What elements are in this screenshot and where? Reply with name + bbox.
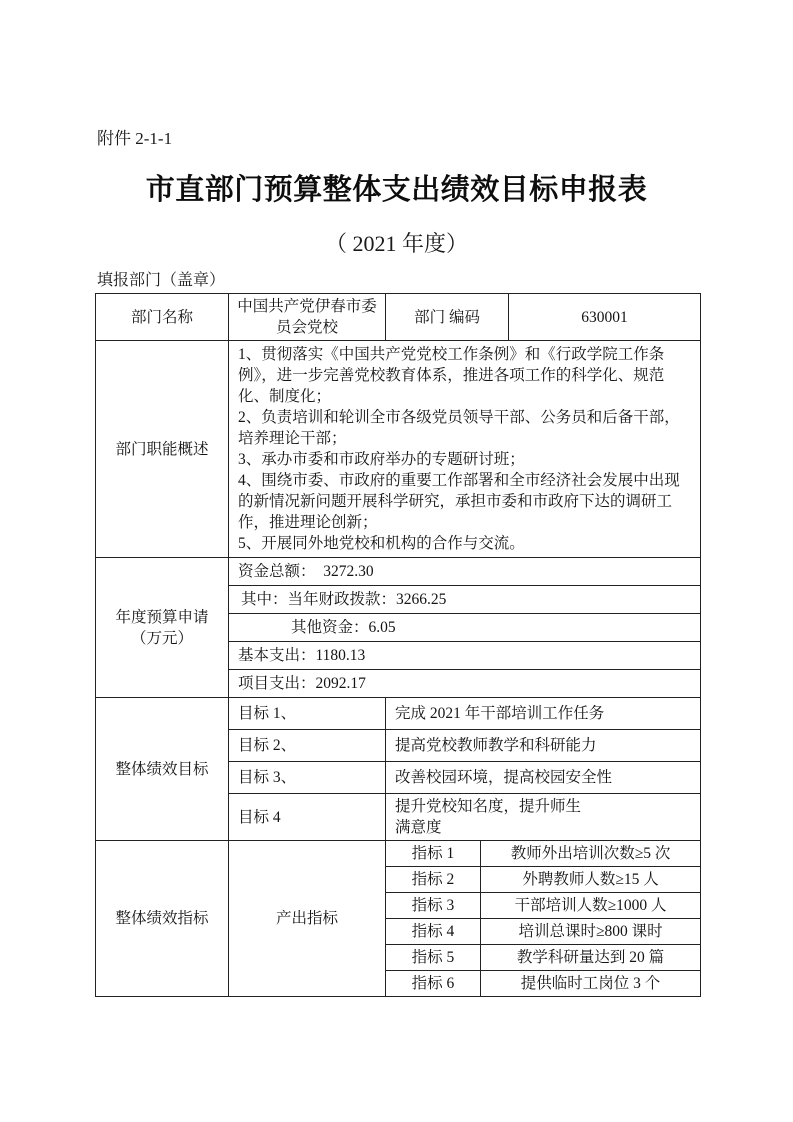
department-code-value: 630001: [509, 294, 701, 341]
indicators-label: 整体绩效指标: [96, 841, 229, 997]
indicator-1-value: 教师外出培训次数≥5 次: [481, 841, 701, 867]
budget-other-value: 其他资金：6.05: [229, 614, 701, 642]
indicator-6-value: 提供临时工岗位 3 个: [481, 971, 701, 997]
indicators-category-label: 产出指标: [229, 841, 386, 997]
budget-label-line1: 年度预算申请: [102, 607, 222, 628]
indicator-2-value: 外聘教师人数≥15 人: [481, 867, 701, 893]
goals-label: 整体绩效目标: [96, 698, 229, 841]
budget-label-line2: （万元）: [102, 628, 222, 649]
functions-content: 1、贯彻落实《中国共产党党校工作条例》和《行政学院工作条例》，进一步完善党校教育…: [229, 341, 701, 558]
department-name-value: 中国共产党伊春市委员会党校: [229, 294, 386, 341]
indicator-6-name: 指标 6: [386, 971, 481, 997]
filing-department-label: 填报部门（盖章）: [97, 270, 793, 291]
function-item: 2、负责培训和轮训全市各级党员领导干部、公务员和后备干部，培养理论干部；: [238, 407, 692, 449]
goal-3-value: 改善校园环境，提高校园安全性: [386, 762, 701, 794]
goal-3-name: 目标 3、: [229, 762, 386, 794]
function-item: 5、开展同外地党校和机构的合作与交流。: [238, 533, 692, 554]
indicator-5-name: 指标 5: [386, 945, 481, 971]
indicator-row: 整体绩效指标 产出指标 指标 1 教师外出培训次数≥5 次: [96, 841, 701, 867]
indicator-4-value: 培训总课时≥800 课时: [481, 919, 701, 945]
goal-1-value: 完成 2021 年干部培训工作任务: [386, 698, 701, 730]
indicator-3-value: 干部培训人数≥1000 人: [481, 893, 701, 919]
indicator-2-name: 指标 2: [386, 867, 481, 893]
functions-label: 部门职能概述: [96, 341, 229, 558]
goal-2-value: 提高党校教师教学和科研能力: [386, 730, 701, 762]
indicator-1-name: 指标 1: [386, 841, 481, 867]
budget-basic-value: 基本支出：1180.13: [229, 642, 701, 670]
goal-4-value: 提升党校知名度，提升师生 满意度: [386, 794, 701, 841]
functions-row: 部门职能概述 1、贯彻落实《中国共产党党校工作条例》和《行政学院工作条例》，进一…: [96, 341, 701, 558]
department-row: 部门名称 中国共产党伊春市委员会党校 部门 编码 630001: [96, 294, 701, 341]
goal-4-name: 目标 4: [229, 794, 386, 841]
performance-target-table: 部门名称 中国共产党伊春市委员会党校 部门 编码 630001 部门职能概述 1…: [95, 293, 701, 997]
department-code-label: 部门 编码: [386, 294, 509, 341]
budget-label: 年度预算申请 （万元）: [96, 558, 229, 698]
page-subtitle: （ 2021 年度）: [0, 230, 793, 258]
function-item: 3、承办市委和市政府举办的专题研讨班；: [238, 449, 692, 470]
document-page: 附件 2-1-1 市直部门预算整体支出绩效目标申报表 （ 2021 年度） 填报…: [0, 0, 793, 1122]
budget-project-value: 项目支出：2092.17: [229, 670, 701, 698]
goal-1-name: 目标 1、: [229, 698, 386, 730]
goal-2-name: 目标 2、: [229, 730, 386, 762]
indicator-3-name: 指标 3: [386, 893, 481, 919]
attachment-label: 附件 2-1-1: [97, 128, 793, 150]
function-item: 4、围绕市委、市政府的重要工作部署和全市经济社会发展中出现的新情况新问题开展科学…: [238, 470, 692, 533]
indicator-5-value: 教学科研量达到 20 篇: [481, 945, 701, 971]
indicator-4-name: 指标 4: [386, 919, 481, 945]
budget-total-value: 资金总额： 3272.30: [229, 558, 701, 586]
goal-row: 整体绩效目标 目标 1、 完成 2021 年干部培训工作任务: [96, 698, 701, 730]
budget-fiscal-value: 其中：当年财政拨款：3266.25: [229, 586, 701, 614]
budget-row-total: 年度预算申请 （万元） 资金总额： 3272.30: [96, 558, 701, 586]
function-item: 1、贯彻落实《中国共产党党校工作条例》和《行政学院工作条例》，进一步完善党校教育…: [238, 344, 692, 407]
page-title: 市直部门预算整体支出绩效目标申报表: [0, 171, 793, 209]
department-name-label: 部门名称: [96, 294, 229, 341]
